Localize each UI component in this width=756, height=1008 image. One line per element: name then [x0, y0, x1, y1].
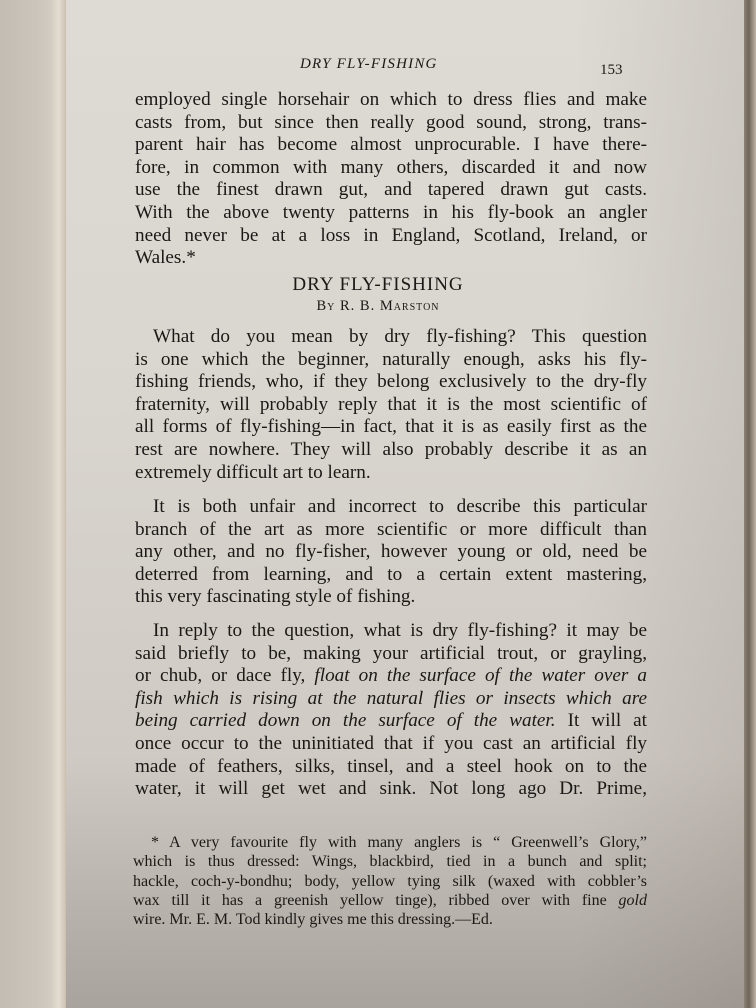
continued-paragraph: employed single horsehair on which to dr… — [135, 89, 647, 270]
text-line: fore, in common with many others, discar… — [135, 157, 647, 180]
paragraph-1: What do you mean by dry fly-fishing? Thi… — [135, 326, 647, 484]
italic-emphasis: being carried down on the surface of the… — [135, 710, 556, 731]
text-line: employed single horsehair on which to dr… — [135, 89, 647, 112]
page-number: 153 — [600, 62, 623, 79]
text-line: casts from, but since then really good s… — [135, 112, 647, 135]
text-line: water, it will get wet and sink. Not lon… — [135, 778, 647, 801]
text-line: It is both unfair and incorrect to descr… — [135, 496, 647, 519]
text-line: fraternity, will probably reply that it … — [135, 394, 647, 417]
text-line: rest are nowhere. They will also probabl… — [135, 439, 647, 462]
paragraph-2: It is both unfair and incorrect to descr… — [135, 496, 647, 609]
text-line: need never be at a loss in England, Scot… — [135, 225, 647, 248]
running-head: DRY FLY-FISHING — [300, 56, 438, 73]
text-line: branch of the art as more scientific or … — [135, 519, 647, 542]
text-line: said briefly to be, making your artifici… — [135, 643, 647, 666]
text-line: extremely difficult art to learn. — [135, 462, 647, 485]
text-line: once occur to the uninitiated that if yo… — [135, 733, 647, 756]
text-line: use the finest drawn gut, and tapered dr… — [135, 179, 647, 202]
text-line: made of feathers, silks, tinsel, and a s… — [135, 756, 647, 779]
book-spine-edge — [744, 0, 756, 1008]
previous-page-edge — [0, 0, 64, 1008]
text-segment: wax till it has a greenish yellow tinge)… — [133, 892, 619, 909]
text-segment: It will at — [556, 710, 647, 731]
text-line: is one which the beginner, naturally eno… — [135, 349, 647, 372]
italic-emphasis: float on the surface of the water over a — [314, 665, 647, 686]
footnote-line: * A very favourite fly with many anglers… — [133, 833, 647, 852]
page-fold — [52, 0, 67, 1008]
text-line: fishing friends, who, if they belong exc… — [135, 371, 647, 394]
text-line: What do you mean by dry fly-fishing? Thi… — [135, 326, 647, 349]
footnote-line: wax till it has a greenish yellow tinge)… — [133, 891, 647, 910]
text-line: In reply to the question, what is dry fl… — [135, 620, 647, 643]
footnote-line: hackle, coch-y-bondhu; body, yellow tyin… — [133, 872, 647, 891]
text-segment: or chub, or dace fly, — [135, 665, 314, 686]
text-line: deterred from learning, and to a certain… — [135, 564, 647, 587]
text-line: any other, and no fly-fisher, however yo… — [135, 541, 647, 564]
footnote-line: wire. Mr. E. M. Tod kindly gives me this… — [133, 910, 647, 929]
text-line: parent hair has become almost unprocurab… — [135, 134, 647, 157]
footnote: * A very favourite fly with many anglers… — [133, 833, 647, 929]
chapter-byline: By R. B. Marston — [0, 298, 756, 315]
italic-line: fish which is rising at the natural flie… — [135, 688, 647, 711]
paragraph-3: In reply to the question, what is dry fl… — [135, 620, 647, 801]
text-line: or chub, or dace fly, float on the surfa… — [135, 665, 647, 688]
text-line: all forms of fly-fishing—in fact, that i… — [135, 416, 647, 439]
footnote-line: which is thus dressed: Wings, blackbird,… — [133, 852, 647, 871]
text-line: Wales.* — [135, 247, 647, 270]
text-line: this very fascinating style of fishing. — [135, 586, 647, 609]
italic-emphasis: gold — [619, 892, 647, 909]
chapter-title: DRY FLY-FISHING — [0, 274, 756, 296]
text-line: being carried down on the surface of the… — [135, 710, 647, 733]
text-line: With the above twenty patterns in his fl… — [135, 202, 647, 225]
